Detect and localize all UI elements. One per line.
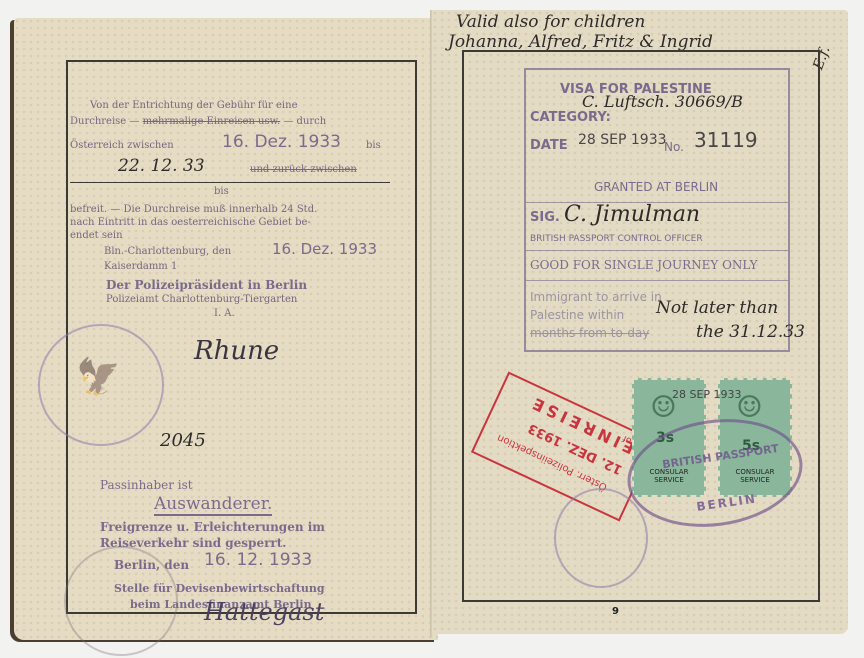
transit-date-to: 22. 12. 33 — [118, 156, 205, 176]
visa-sig-label: SIG. — [530, 210, 560, 225]
visa-good-for: GOOD FOR SINGLE JOURNEY ONLY — [530, 258, 758, 272]
transit-line2-struck: mehrmalige Einreisen usw. — [143, 116, 281, 127]
transit-line4-struck: und zurück zwischen — [250, 164, 357, 175]
visa-category-value: C. Luftsch. 30669/B — [582, 92, 743, 111]
visa-number: 31119 — [694, 128, 758, 152]
transit-line3a: Österreich zwischen — [70, 140, 174, 151]
faded-violet-round-seal — [554, 488, 648, 588]
signature-devisen: Hattegast — [204, 598, 324, 626]
visa-no-label: No. — [664, 140, 684, 154]
visa-immigrant-line3: months from to-day — [530, 326, 649, 340]
transit-line6: befreit. — Die Durchreise muß innerhalb … — [70, 204, 317, 215]
police-place: Bln.-Charlottenburg, den — [104, 246, 231, 257]
transit-line2: Durchreise — mehrmalige Einreisen usw. —… — [70, 116, 326, 127]
visa-immigrant-line2: Palestine within — [530, 308, 624, 322]
visa-divider — [526, 280, 788, 281]
oval-bottom-text: BERLIN — [696, 492, 758, 514]
emigrant-line3: Freigrenze u. Erleichterungen im — [100, 520, 325, 534]
visa-granted: GRANTED AT BERLIN — [594, 180, 718, 194]
police-date: 16. Dez. 1933 — [272, 240, 377, 258]
palestine-visa-stamp: VISA FOR PALESTINE C. Luftsch. 30669/B C… — [524, 68, 790, 352]
emigrant-line1: Passinhaber ist — [100, 478, 193, 492]
transit-line2b: — durch — [283, 116, 326, 127]
visa-date-value: 28 SEP 1933 — [578, 132, 667, 148]
visa-handwritten-limit2: the 31.12.33 — [696, 322, 805, 342]
police-ia: I. A. — [214, 308, 235, 319]
police-office: Polizeiamt Charlottenburg-Tiergarten — [106, 294, 297, 305]
visa-date-label: DATE — [530, 138, 568, 153]
signature-police: Rhune — [194, 336, 279, 366]
transit-line7: nach Eintritt in das oesterreichische Ge… — [70, 217, 311, 228]
page-number: 9 — [612, 606, 619, 617]
police-round-seal: 🦅 — [38, 324, 164, 446]
visa-immigrant-line1: Immigrant to arrive in — [530, 290, 662, 304]
left-passport-page: Von der Entrichtung der Gebühr für eine … — [14, 18, 438, 640]
transit-line1: Von der Entrichtung der Gebühr für eine — [90, 100, 297, 111]
emigrant-date: 16. 12. 1933 — [204, 550, 312, 570]
visa-handwritten-limit1: Not later than — [656, 298, 778, 318]
right-passport-page: Valid also for children Johanna, Alfred,… — [432, 10, 848, 634]
visa-signature: C. Jimulman — [564, 202, 700, 227]
visa-category-label: CATEGORY: — [530, 110, 611, 125]
strike-line — [70, 182, 390, 183]
eagle-icon: 🦅 — [76, 356, 121, 398]
transit-line8: endet sein — [70, 230, 123, 241]
transit-line5: bis — [214, 186, 229, 197]
transit-date-from: 16. Dez. 1933 — [222, 132, 341, 152]
handwritten-number: 2045 — [160, 430, 206, 451]
emigrant-status: Auswanderer. — [154, 494, 272, 516]
visa-officer: BRITISH PASSPORT CONTROL OFFICER — [530, 234, 703, 244]
stamp-cancel-date: 28 SEP 1933 — [672, 388, 742, 401]
handwritten-note-line2: Johanna, Alfred, Fritz & Ingrid — [448, 32, 713, 52]
handwritten-note-line1: Valid also for children — [456, 12, 645, 32]
oval-top-text: BRITISH PASSPORT — [661, 442, 779, 471]
faded-round-seal — [64, 546, 178, 656]
police-authority: Der Polizeipräsident in Berlin — [106, 278, 307, 292]
transit-line2a: Durchreise — — [70, 116, 139, 127]
transit-line3b: bis — [366, 140, 381, 151]
police-address: Kaiserdamm 1 — [104, 261, 177, 272]
visa-divider — [526, 250, 788, 251]
